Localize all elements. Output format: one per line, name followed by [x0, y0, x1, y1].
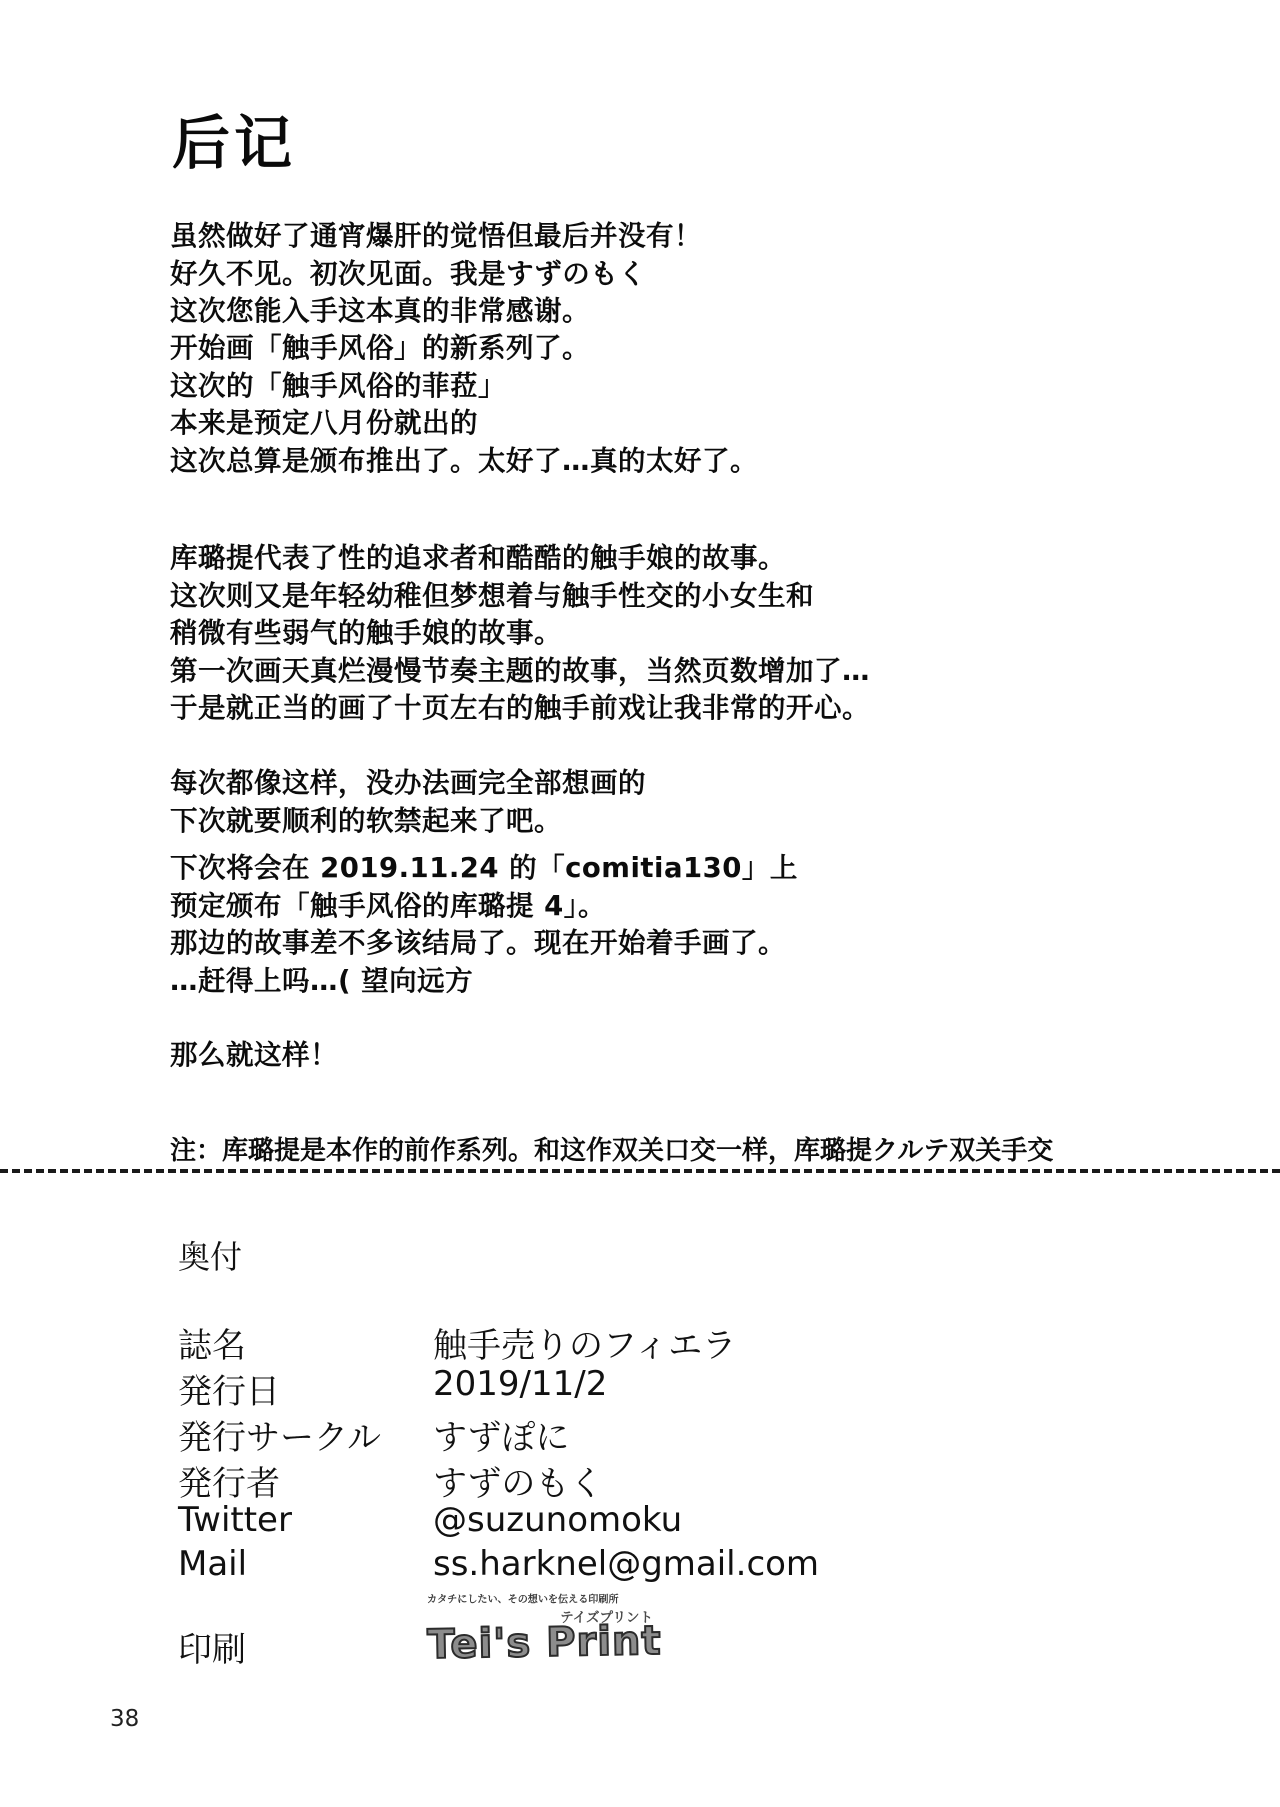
afterword-paragraph: 那么就这样！	[170, 1037, 338, 1075]
afterword-line: 这次则又是年轻幼稚但梦想着与触手性交的小女生和	[170, 578, 870, 616]
printer-tagline: カタチにしたい、その想いを伝える印刷所	[427, 1592, 657, 1606]
afterword-line: 下次就要顺利的软禁起来了吧。	[170, 803, 646, 841]
afterword-page: 后记 虽然做好了通宵爆肝的觉悟但最后并没有！ 好久不见。初次见面。我是すずのもく…	[0, 0, 1280, 1807]
afterword-line: 这次总算是颁布推出了。太好了…真的太好了。	[170, 443, 758, 481]
colophon-label: 誌名	[178, 1318, 433, 1367]
afterword-line: 这次您能入手这本真的非常感谢。	[170, 293, 702, 331]
afterword-line: 本来是预定八月份就出的	[170, 405, 758, 443]
colophon-row-circle: 発行サークルすずぽに	[178, 1410, 569, 1459]
afterword-line: 每次都像这样，没办法画完全部想画的	[170, 765, 646, 803]
afterword-line: 预定颁布「触手风俗的库璐提 4」。	[170, 888, 798, 926]
afterword-line: …赶得上吗…( 望向远方	[170, 963, 798, 1001]
page-title: 后记	[172, 112, 296, 176]
colophon-row-mail: Mailss.harknel@gmail.com	[178, 1544, 819, 1584]
afterword-line: 那么就这样！	[170, 1037, 338, 1075]
afterword-line: 虽然做好了通宵爆肝的觉悟但最后并没有！	[170, 218, 702, 256]
colophon-row-date: 発行日2019/11/2	[178, 1364, 607, 1413]
colophon-value: ss.harknel@gmail.com	[433, 1544, 819, 1584]
afterword-paragraph: 每次都像这样，没办法画完全部想画的 下次就要顺利的软禁起来了吧。	[170, 765, 646, 840]
afterword-line: 好久不见。初次见面。我是すずのもく	[170, 256, 702, 294]
afterword-line: 稍微有些弱气的触手娘的故事。	[170, 615, 870, 653]
dashed-divider	[0, 1169, 1280, 1173]
colophon-value: @suzunomoku	[433, 1500, 682, 1540]
colophon-value: 触手売りのフィエラ	[433, 1318, 736, 1367]
afterword-paragraph: 库璐提代表了性的追求者和酷酷的触手娘的故事。 这次则又是年轻幼稚但梦想着与触手性…	[170, 540, 870, 728]
afterword-line: 那边的故事差不多该结局了。现在开始着手画了。	[170, 925, 798, 963]
afterword-paragraph: 虽然做好了通宵爆肝的觉悟但最后并没有！ 好久不见。初次见面。我是すずのもく 这次…	[170, 218, 702, 331]
afterword-paragraph: 下次将会在 2019.11.24 的「comitia130」上 预定颁布「触手风…	[170, 850, 798, 1000]
afterword-line: 下次将会在 2019.11.24 的「comitia130」上	[170, 850, 798, 888]
page-number: 38	[110, 1706, 139, 1732]
afterword-paragraph: 开始画「触手风俗」的新系列了。 这次的「触手风俗的菲菈」 本来是预定八月份就出的…	[170, 330, 758, 480]
colophon-label-print: 印刷	[178, 1622, 246, 1671]
colophon-value: 2019/11/2	[433, 1364, 607, 1404]
colophon-value: すずのもく	[433, 1456, 603, 1505]
colophon-row-twitter: Twitter@suzunomoku	[178, 1500, 682, 1540]
colophon-row-publisher: 発行者すずのもく	[178, 1456, 603, 1505]
afterword-line: 库璐提代表了性的追求者和酷酷的触手娘的故事。	[170, 540, 870, 578]
afterword-line: 这次的「触手风俗的菲菈」	[170, 368, 758, 406]
colophon-header: 奥付	[178, 1232, 242, 1278]
colophon-label: 発行サークル	[178, 1410, 433, 1459]
footnote: 注：库璐提是本作的前作系列。和这作双关口交一样，库璐提クルテ双关手交	[170, 1130, 1053, 1167]
colophon-value: すずぽに	[433, 1410, 569, 1459]
colophon-label: 発行者	[178, 1456, 433, 1505]
colophon-label: Twitter	[178, 1500, 433, 1540]
printer-logo: カタチにしたい、その想いを伝える印刷所 テイズプリント Tei's Print	[427, 1592, 667, 1668]
colophon-label: Mail	[178, 1544, 433, 1584]
colophon-row-title: 誌名触手売りのフィエラ	[178, 1318, 736, 1367]
afterword-line: 第一次画天真烂漫慢节奏主题的故事，当然页数增加了…	[170, 653, 870, 691]
printer-brand-logo: Tei's Print	[427, 1618, 668, 1668]
colophon-label: 発行日	[178, 1364, 433, 1413]
afterword-line: 开始画「触手风俗」的新系列了。	[170, 330, 758, 368]
afterword-line: 于是就正当的画了十页左右的触手前戏让我非常的开心。	[170, 690, 870, 728]
